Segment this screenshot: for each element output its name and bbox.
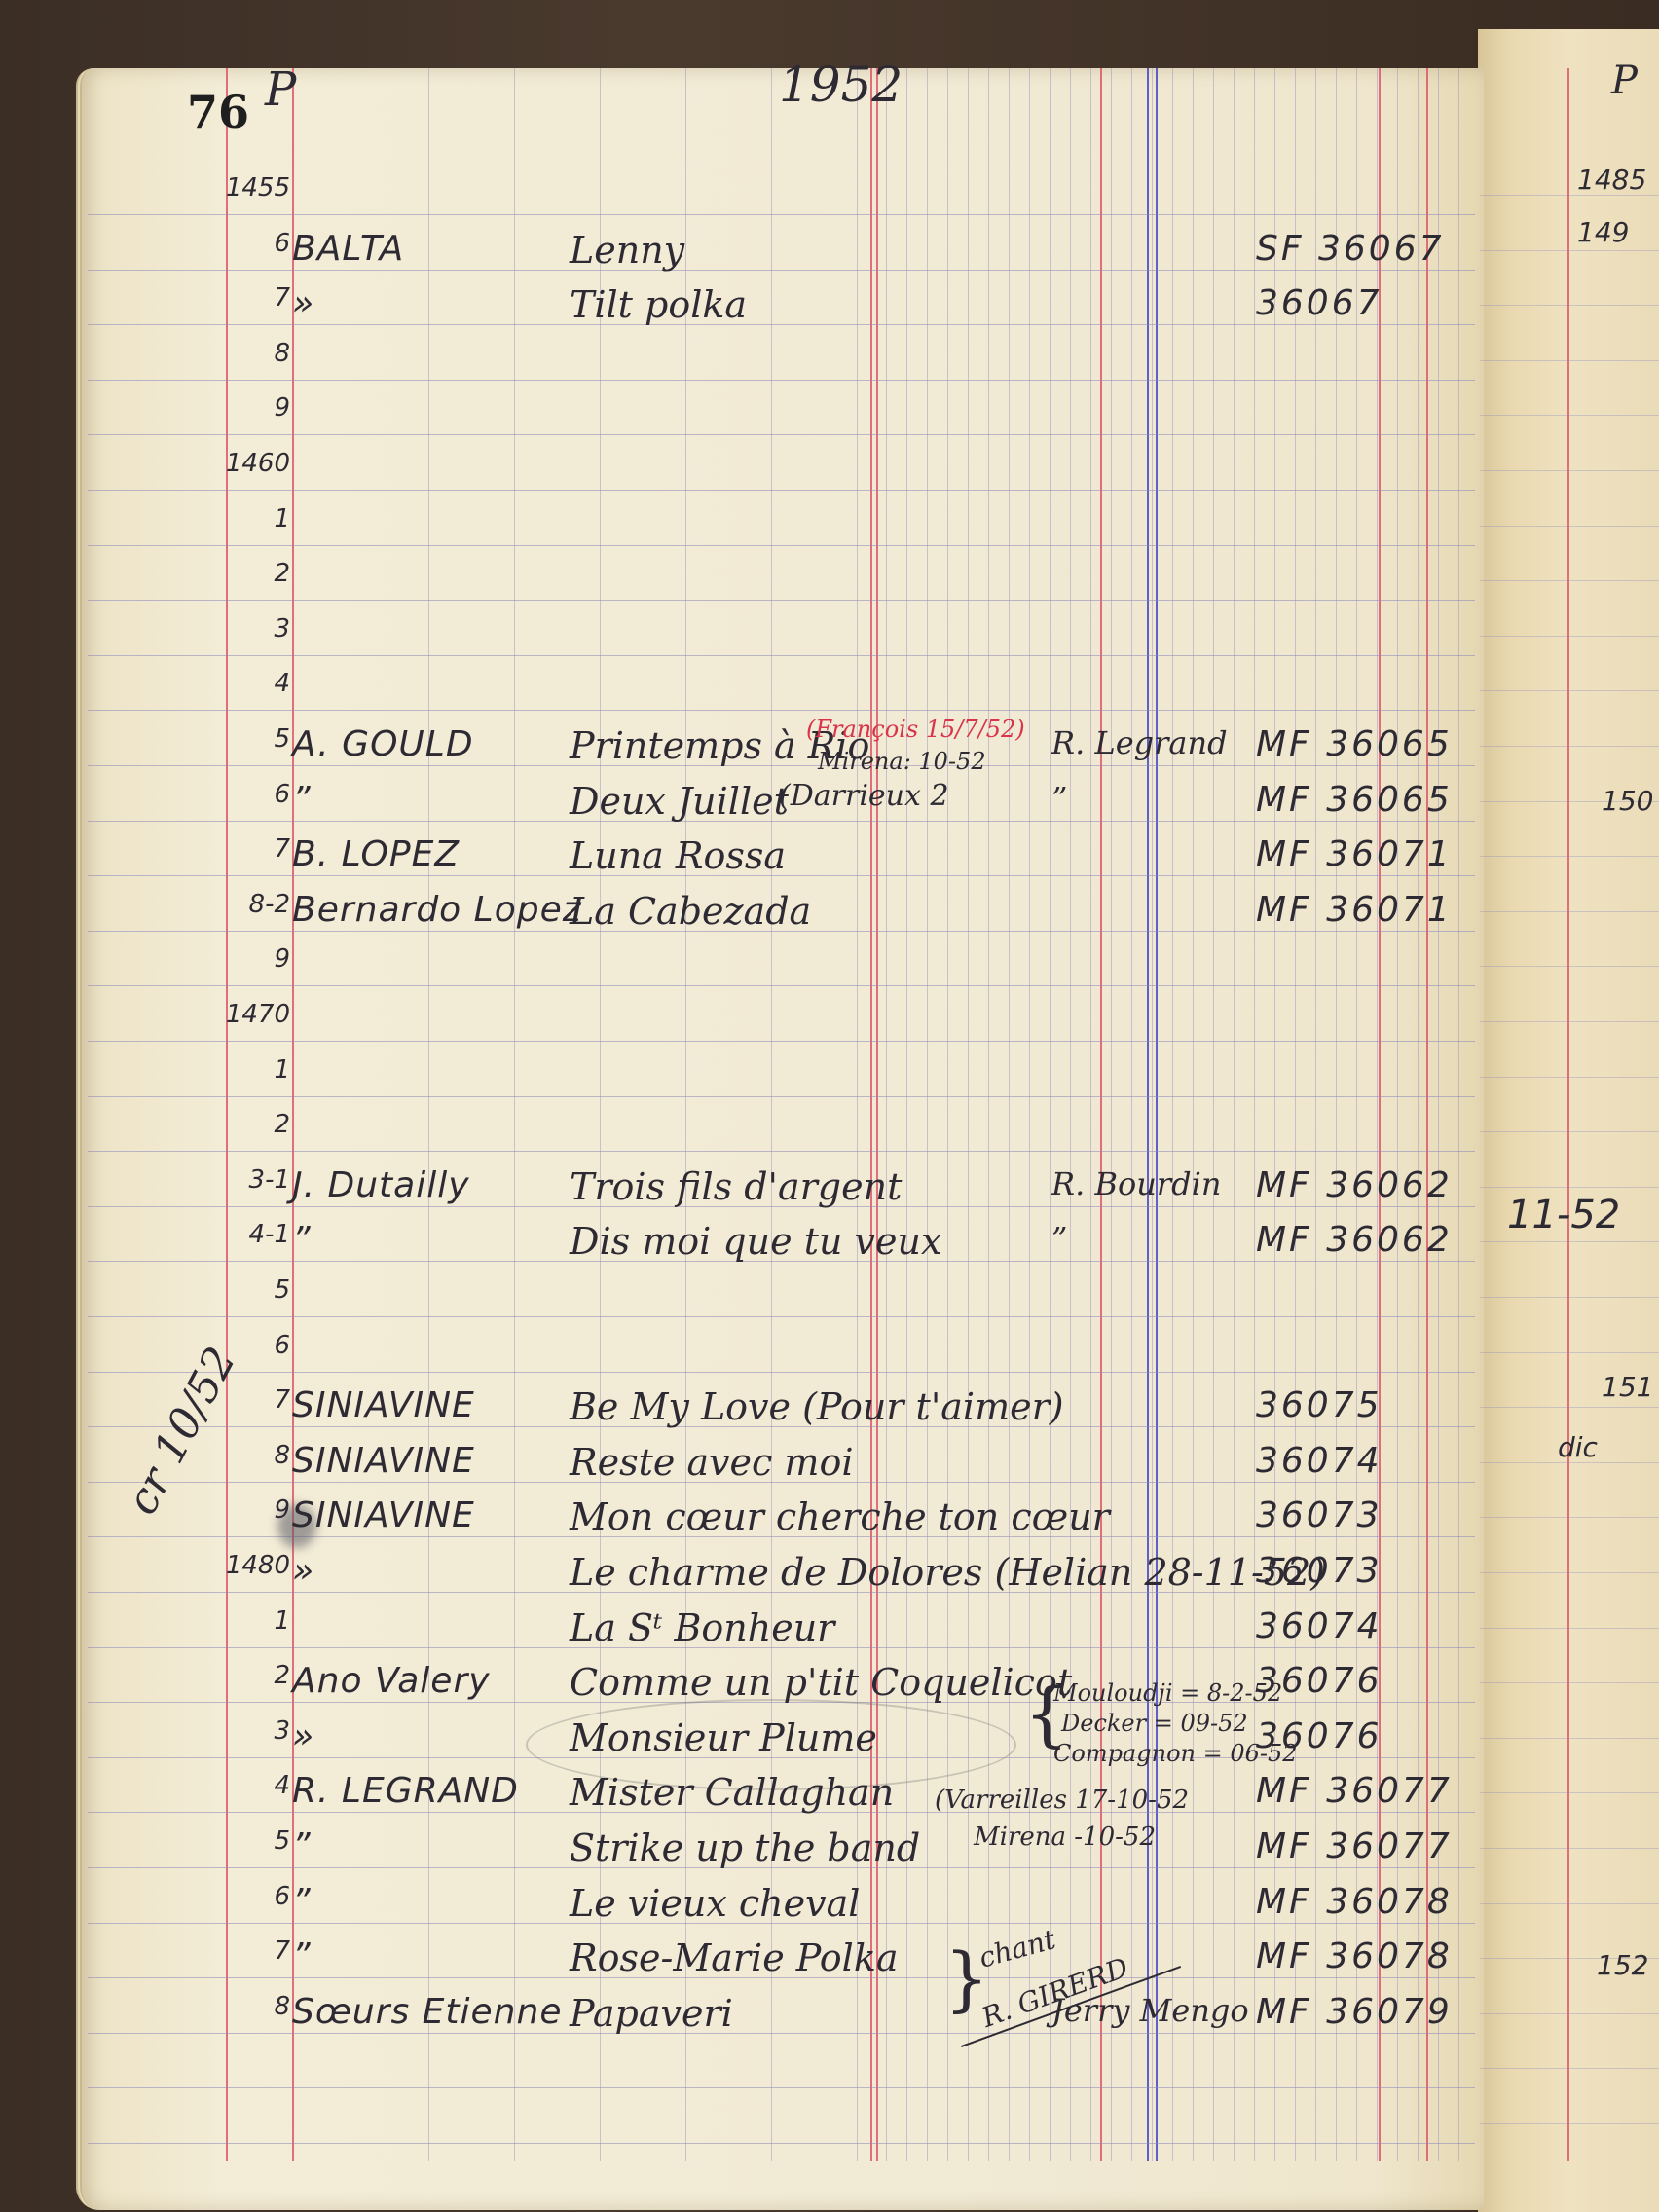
row-line bbox=[88, 1151, 1475, 1152]
catalog-number: 36074 bbox=[1256, 1606, 1382, 1646]
row-line bbox=[1480, 580, 1659, 581]
row-line bbox=[88, 1041, 1475, 1042]
catalog-number: MF 36062 bbox=[1256, 1220, 1453, 1260]
grid-line bbox=[927, 68, 928, 2161]
song-title: Trois fils d'argent bbox=[570, 1165, 902, 1208]
catalog-number: MF 36065 bbox=[1256, 780, 1453, 820]
artist-name: Sœurs Etienne bbox=[292, 1992, 562, 2032]
row-line bbox=[88, 2087, 1475, 2088]
song-title: Dis moi que tu veux bbox=[570, 1220, 941, 1263]
row-line bbox=[88, 545, 1475, 546]
annotation-mirena: Mirena: 10-52 bbox=[818, 748, 986, 775]
annotation-mouloudji: Mouloudji = 8-2-52 bbox=[1053, 1679, 1282, 1707]
row-number: 6 bbox=[164, 229, 290, 258]
song-title: Papaveri bbox=[570, 1992, 733, 2035]
row-number: 8 bbox=[164, 1992, 290, 2021]
row-line bbox=[88, 490, 1475, 491]
row-line bbox=[1480, 911, 1659, 912]
row-number: 9 bbox=[164, 393, 290, 423]
right-page-number: 1485 bbox=[1577, 164, 1646, 196]
row-number: 4-1 bbox=[164, 1220, 290, 1249]
row-number: 3 bbox=[164, 1716, 290, 1746]
artist-name: SINIAVINE bbox=[292, 1385, 475, 1425]
song-title: Luna Rossa bbox=[570, 834, 786, 877]
row-number: 5 bbox=[164, 1275, 290, 1305]
artist-name: ” bbox=[292, 1936, 312, 1976]
catalog-number: 36073 bbox=[1256, 1551, 1382, 1591]
row-line bbox=[1480, 470, 1659, 471]
artist-name: J. Dutailly bbox=[292, 1165, 470, 1205]
row-line bbox=[88, 434, 1475, 435]
right-page-number: 11-52 bbox=[1507, 1193, 1620, 1237]
row-number: 9 bbox=[164, 1495, 290, 1525]
grid-line bbox=[1213, 68, 1214, 2161]
row-line bbox=[1480, 1407, 1659, 1408]
row-line bbox=[88, 985, 1475, 986]
row-line bbox=[88, 655, 1475, 656]
row-number: 1460 bbox=[164, 449, 290, 478]
grid-line bbox=[1193, 68, 1194, 2161]
song-title: Strike up the band bbox=[570, 1826, 920, 1869]
catalog-number: MF 36071 bbox=[1256, 890, 1453, 930]
right-page-number: 151 bbox=[1602, 1371, 1653, 1403]
right-page-number: 152 bbox=[1597, 1949, 1648, 1981]
artist-name: R. LEGRAND bbox=[292, 1771, 519, 1811]
song-title: Be My Love (Pour t'aimer) bbox=[570, 1385, 1064, 1428]
row-line bbox=[1480, 1738, 1659, 1739]
arranger-name: R. Bourdin bbox=[1051, 1165, 1221, 1202]
arranger-name: ” bbox=[1051, 1220, 1067, 1257]
arranger-name: ” bbox=[1051, 780, 1067, 817]
row-number: 6 bbox=[164, 1331, 290, 1360]
row-line bbox=[1480, 636, 1659, 637]
row-line bbox=[88, 1096, 1475, 1097]
row-number: 9 bbox=[164, 944, 290, 974]
row-number: 7 bbox=[164, 1385, 290, 1415]
right-page-number: dic bbox=[1558, 1431, 1598, 1463]
row-number: 7 bbox=[164, 1936, 290, 1966]
row-number: 4 bbox=[164, 1771, 290, 1800]
row-line bbox=[1480, 2123, 1659, 2124]
song-title: Lenny bbox=[570, 229, 684, 272]
row-line bbox=[88, 710, 1475, 711]
song-title: La Cabezada bbox=[570, 890, 811, 933]
row-number: 1470 bbox=[164, 1000, 290, 1029]
artist-name: ” bbox=[292, 1220, 312, 1260]
row-line bbox=[1480, 1297, 1659, 1298]
artist-name: » bbox=[292, 1551, 314, 1591]
row-line bbox=[88, 324, 1475, 325]
row-number: 5 bbox=[164, 724, 290, 754]
row-number: 2 bbox=[164, 1110, 290, 1139]
artist-name: » bbox=[292, 1716, 314, 1756]
grid-line bbox=[1458, 68, 1459, 2161]
row-number: 6 bbox=[164, 780, 290, 809]
right-page-letter: P bbox=[1611, 58, 1638, 103]
row-number: 4 bbox=[164, 669, 290, 698]
row-line bbox=[1480, 1241, 1659, 1242]
song-title: Comme un p'tit Coquelicot bbox=[570, 1661, 1072, 1704]
row-line bbox=[1480, 526, 1659, 527]
row-number: 1 bbox=[164, 1055, 290, 1085]
row-number: 1 bbox=[164, 1606, 290, 1636]
song-title: Mister Callaghan bbox=[570, 1771, 894, 1814]
grid-line bbox=[428, 68, 429, 2161]
row-line bbox=[1480, 1131, 1659, 1132]
catalog-number: MF 36079 bbox=[1256, 1992, 1453, 2032]
song-title: Deux Juillet bbox=[570, 780, 789, 823]
row-line bbox=[1480, 2013, 1659, 2014]
song-title: Monsieur Plume bbox=[570, 1716, 877, 1759]
right-page-number: 150 bbox=[1602, 785, 1653, 817]
row-line bbox=[1480, 250, 1659, 251]
row-number: 8-2 bbox=[164, 890, 290, 919]
row-number: 3-1 bbox=[164, 1165, 290, 1195]
grid-line bbox=[947, 68, 948, 2161]
artist-name: » bbox=[292, 283, 314, 323]
artist-name: ” bbox=[292, 1882, 312, 1922]
artist-name: A. GOULD bbox=[292, 724, 474, 764]
grid-line bbox=[1254, 68, 1255, 2161]
grid-line bbox=[514, 68, 515, 2161]
row-line bbox=[1480, 856, 1659, 857]
catalog-number: MF 36078 bbox=[1256, 1882, 1453, 1922]
annotation-compagnon: Compagnon = 06-52 bbox=[1053, 1740, 1298, 1767]
catalog-number: MF 36062 bbox=[1256, 1165, 1453, 1205]
annotation-varreilles: (Varreilles 17-10-52 bbox=[935, 1786, 1189, 1815]
grid-line bbox=[1172, 68, 1173, 2161]
row-line bbox=[1480, 1517, 1659, 1518]
page-letter: P bbox=[265, 62, 296, 117]
row-line bbox=[88, 2143, 1475, 2144]
row-line bbox=[1480, 360, 1659, 361]
row-line bbox=[1480, 1021, 1659, 1022]
row-number: 7 bbox=[164, 834, 290, 864]
catalog-number: MF 36078 bbox=[1256, 1936, 1453, 1976]
row-line bbox=[1480, 1352, 1659, 1353]
row-line bbox=[1480, 1187, 1659, 1188]
row-line bbox=[1480, 1848, 1659, 1849]
catalog-number: MF 36071 bbox=[1256, 834, 1453, 874]
row-number: 5 bbox=[164, 1826, 290, 1856]
song-title: Rose-Marie Polka bbox=[570, 1936, 899, 1979]
grid-line bbox=[1234, 68, 1235, 2161]
row-line bbox=[1480, 1628, 1659, 1629]
catalog-number: 36075 bbox=[1256, 1385, 1382, 1425]
row-line bbox=[1480, 746, 1659, 747]
row-number: 7 bbox=[164, 283, 290, 313]
row-line bbox=[1480, 690, 1659, 691]
grid-line bbox=[968, 68, 969, 2161]
row-line bbox=[1480, 1077, 1659, 1078]
song-title: Le vieux cheval bbox=[570, 1882, 860, 1925]
row-line bbox=[1480, 415, 1659, 416]
row-line bbox=[1480, 305, 1659, 306]
catalog-number: 36073 bbox=[1256, 1495, 1382, 1535]
row-number: 6 bbox=[164, 1882, 290, 1911]
right-page-number: 149 bbox=[1577, 216, 1629, 248]
catalog-number: MF 36077 bbox=[1256, 1826, 1453, 1866]
row-line bbox=[1480, 2068, 1659, 2069]
artist-name: ” bbox=[292, 780, 312, 820]
song-title: Tilt polka bbox=[570, 283, 747, 326]
row-line bbox=[88, 380, 1475, 381]
catalog-number: 36067 bbox=[1256, 283, 1382, 323]
row-number: 8 bbox=[164, 339, 290, 368]
row-number: 2 bbox=[164, 559, 290, 588]
row-line bbox=[88, 1372, 1475, 1373]
artist-name: SINIAVINE bbox=[292, 1441, 475, 1481]
row-line bbox=[88, 2033, 1475, 2034]
year-heading: 1952 bbox=[779, 56, 903, 113]
catalog-number: MF 36065 bbox=[1256, 724, 1453, 764]
page-number: 76 bbox=[187, 86, 249, 138]
catalog-number: SF 36067 bbox=[1256, 229, 1445, 269]
row-line bbox=[1480, 1682, 1659, 1683]
row-line bbox=[1480, 966, 1659, 967]
artist-name: ” bbox=[292, 1826, 312, 1866]
catalog-number: 36074 bbox=[1256, 1441, 1382, 1481]
row-line bbox=[88, 270, 1475, 271]
arranger-name: R. Legrand bbox=[1051, 724, 1228, 761]
row-number: 3 bbox=[164, 614, 290, 644]
artist-name: SINIAVINE bbox=[292, 1495, 475, 1535]
row-line bbox=[1480, 1572, 1659, 1573]
annotation-decker: Decker = 09-52 bbox=[1061, 1710, 1248, 1737]
row-line bbox=[88, 1316, 1475, 1317]
row-line bbox=[88, 214, 1475, 215]
song-title: La Sᵗ Bonheur bbox=[570, 1606, 834, 1649]
annotation-darrieux: (Darrieux 2 bbox=[779, 779, 949, 813]
annotation-francois: (François 15/7/52) bbox=[806, 716, 1025, 743]
row-number: 1455 bbox=[164, 173, 290, 203]
song-title: Reste avec moi bbox=[570, 1441, 853, 1484]
row-line bbox=[1480, 1792, 1659, 1793]
song-title: Le charme de Dolores (Helian 28-11-52) bbox=[570, 1551, 1325, 1594]
song-title: Mon cœur cherche ton cœur bbox=[570, 1495, 1110, 1538]
artist-name: BALTA bbox=[292, 229, 404, 269]
artist-name: B. LOPEZ bbox=[292, 834, 460, 874]
row-number: 2 bbox=[164, 1661, 290, 1690]
row-number: 8 bbox=[164, 1441, 290, 1470]
catalog-number: MF 36077 bbox=[1256, 1771, 1453, 1811]
row-line bbox=[1480, 1903, 1659, 1904]
artist-name: Bernardo Lopez bbox=[292, 890, 582, 930]
margin-line-blue bbox=[1156, 68, 1158, 2161]
row-number: 1480 bbox=[164, 1551, 290, 1580]
artist-name: Ano Valery bbox=[292, 1661, 491, 1701]
row-number: 1 bbox=[164, 504, 290, 534]
row-line bbox=[88, 600, 1475, 601]
annotation-mirena-2: Mirena -10-52 bbox=[974, 1823, 1156, 1852]
